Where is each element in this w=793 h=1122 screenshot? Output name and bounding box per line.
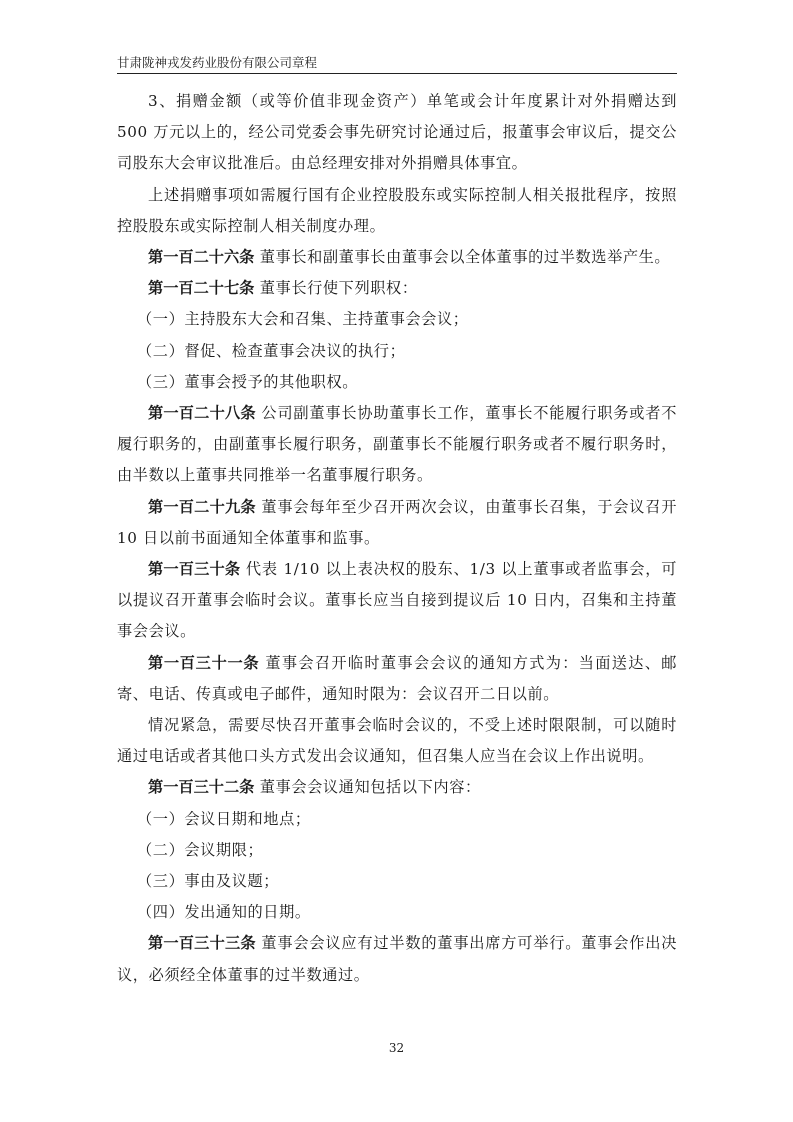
article-number: 第一百三十条 <box>148 560 240 578</box>
paragraph-text: 情况紧急，需要尽快召开董事会临时会议的，不受上述时限限制，可以随时通过电话或者其… <box>117 716 677 765</box>
paragraph-text: 上述捐赠事项如需履行国有企业控股股东或实际控制人相关报批程序，按照控股股东或实际… <box>117 186 677 235</box>
article-number: 第一百二十六条 <box>148 248 254 266</box>
document-header: 甘肃陇神戎发药业股份有限公司章程 <box>117 55 677 71</box>
article-number: 第一百三十一条 <box>148 654 259 672</box>
article-number: 第一百二十九条 <box>148 498 256 516</box>
article-131: 第一百三十一条 董事会召开临时董事会会议的通知方式为：当面送达、邮寄、电话、传真… <box>117 648 677 710</box>
article-133: 第一百三十三条 董事会会议应有过半数的董事出席方可举行。董事会作出决议，必须经全… <box>117 928 677 990</box>
list-item: （一）会议日期和地点； <box>117 804 677 835</box>
article-number: 第一百三十二条 <box>148 778 254 796</box>
list-item: （三）事由及议题； <box>117 866 677 897</box>
article-text: 董事长和副董事长由董事会以全体董事的过半数选举产生。 <box>254 248 670 266</box>
article-number: 第一百三十三条 <box>148 934 256 952</box>
article-text: 董事长行使下列职权： <box>254 279 417 297</box>
article-129: 第一百二十九条 董事会每年至少召开两次会议，由董事长召集，于会议召开 10 日以… <box>117 492 677 554</box>
article-126: 第一百二十六条 董事长和副董事长由董事会以全体董事的过半数选举产生。 <box>117 242 677 273</box>
list-item: （二）督促、检查董事会决议的执行； <box>117 336 677 367</box>
paragraph: 3、捐赠金额（或等价值非现金资产）单笔或会计年度累计对外捐赠达到 500 万元以… <box>117 86 677 180</box>
document-body: 3、捐赠金额（或等价值非现金资产）单笔或会计年度累计对外捐赠达到 500 万元以… <box>117 86 677 991</box>
paragraph-text: 3、捐赠金额（或等价值非现金资产）单笔或会计年度累计对外捐赠达到 500 万元以… <box>117 92 677 172</box>
list-item: （三）董事会授予的其他职权。 <box>117 367 677 398</box>
article-text: 董事会会议通知包括以下内容： <box>254 778 480 796</box>
article-number: 第一百二十八条 <box>148 404 256 422</box>
article-127: 第一百二十七条 董事长行使下列职权： <box>117 273 677 304</box>
article-128: 第一百二十八条 公司副董事长协助董事长工作，董事长不能履行职务或者不履行职务的，… <box>117 398 677 492</box>
article-132: 第一百三十二条 董事会会议通知包括以下内容： <box>117 772 677 803</box>
list-item: （一）主持股东大会和召集、主持董事会会议； <box>117 304 677 335</box>
paragraph: 上述捐赠事项如需履行国有企业控股股东或实际控制人相关报批程序，按照控股股东或实际… <box>117 180 677 242</box>
header-divider <box>117 73 677 74</box>
page-number: 32 <box>0 1041 793 1055</box>
article-number: 第一百二十七条 <box>148 279 254 297</box>
list-item: （二）会议期限； <box>117 835 677 866</box>
article-130: 第一百三十条 代表 1/10 以上表决权的股东、1/3 以上董事或者监事会，可以… <box>117 554 677 648</box>
paragraph: 情况紧急，需要尽快召开董事会临时会议的，不受上述时限限制，可以随时通过电话或者其… <box>117 710 677 772</box>
list-item: （四）发出通知的日期。 <box>117 897 677 928</box>
